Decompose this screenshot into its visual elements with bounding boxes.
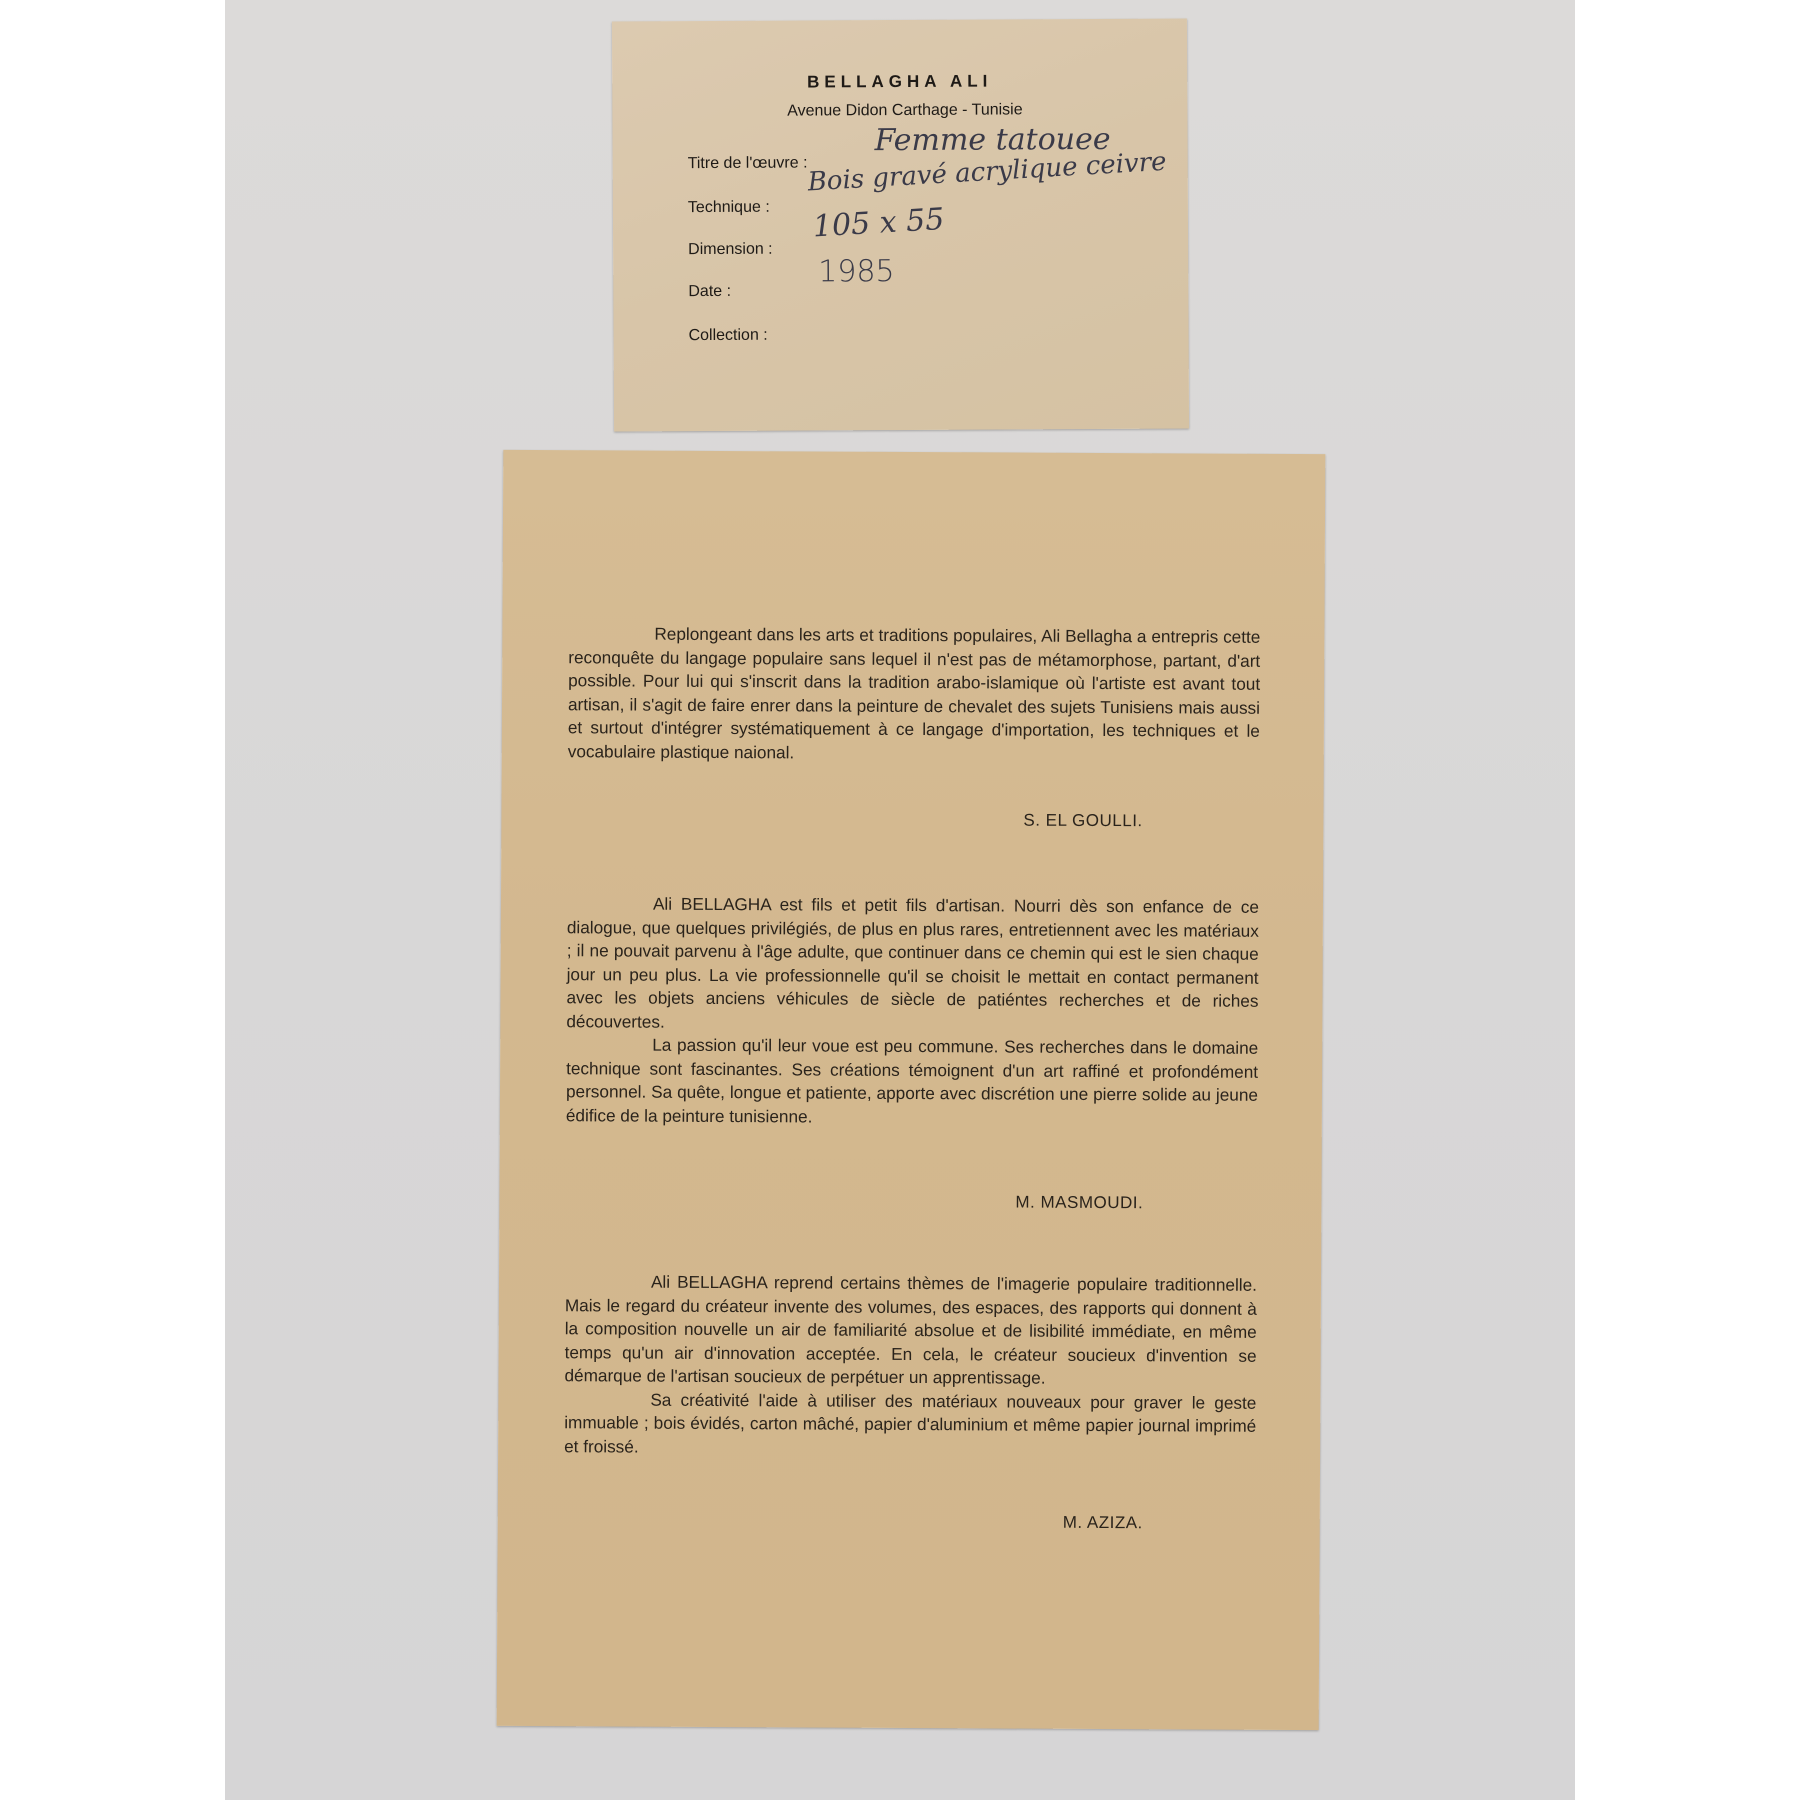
quote-masmoudi: Ali BELLAGHA est fils et petit fils d'ar… <box>566 892 1259 1131</box>
field-date-label: Date : <box>688 283 731 301</box>
signature-aziza: M. AZIZA. <box>1063 1513 1143 1533</box>
artist-address: Avenue Didon Carthage - Tunisie <box>612 100 1187 121</box>
artwork-label-card: BELLAGHA ALI Avenue Didon Carthage - Tun… <box>612 18 1189 431</box>
signature-el-goulli: S. EL GOULLI. <box>1023 811 1142 832</box>
paragraph: Sa créativité l'aide à utiliser des maté… <box>564 1388 1256 1462</box>
field-date-value: 1985 <box>818 254 895 289</box>
artist-name: BELLAGHA ALI <box>612 70 1187 93</box>
paragraph: Ali BELLAGHA est fils et petit fils d'ar… <box>566 892 1259 1037</box>
paragraph: Replongeant dans les arts et traditions … <box>568 622 1261 767</box>
signature-masmoudi: M. MASMOUDI. <box>1015 1193 1143 1214</box>
field-dimension-label: Dimension : <box>688 241 773 259</box>
paragraph: Ali BELLAGHA reprend certains thèmes de … <box>564 1270 1257 1391</box>
critique-text-sheet: Replongeant dans les arts et traditions … <box>497 450 1326 1730</box>
field-title-label: Titre de l'œuvre : <box>688 154 808 173</box>
paragraph: La passion qu'il leur voue est peu commu… <box>566 1033 1258 1131</box>
field-technique-label: Technique : <box>688 199 770 217</box>
field-dimension-value: 105 x 55 <box>812 202 945 245</box>
quote-el-goulli: Replongeant dans les arts et traditions … <box>568 622 1261 767</box>
quote-aziza: Ali BELLAGHA reprend certains thèmes de … <box>564 1270 1257 1462</box>
field-collection-label: Collection : <box>689 327 768 345</box>
